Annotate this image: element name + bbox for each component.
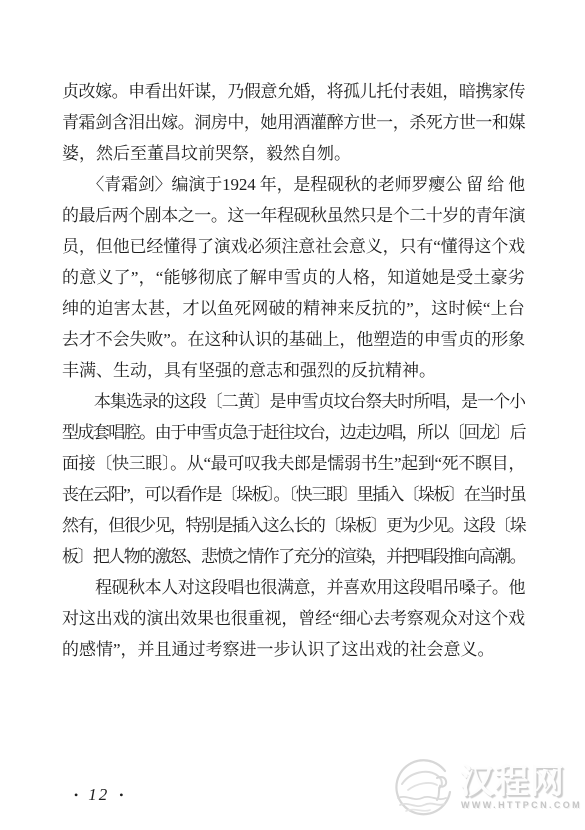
text-line: 的最后两个剧本之一。这一年程砚秋虽然只是个二十岁的青年演 xyxy=(62,200,525,231)
text-line-content: 板〕把人物的激怒、悲愤之情作了充分的渲染，并把唱段推向高潮。 xyxy=(62,547,525,566)
text-line: 丧在云阳”，可以看作是〔垛板〕。〔快三眼〕里插入〔垛板〕在当时虽 xyxy=(62,479,525,510)
text-line: 板〕把人物的激怒、悲愤之情作了充分的渲染，并把唱段推向高潮。 xyxy=(62,541,525,572)
text-line: 员，但他已经懂得了演戏必须注意社会意义，只有“懂得这个戏 xyxy=(62,231,525,262)
text-line: 青霜剑含泪出嫁。洞房中，她用酒灌醉方世一，杀死方世一和媒 xyxy=(62,107,525,138)
text-line: 本集选录的这段〔二黄〕是申雪贞坟台祭夫时所唱，是一个小 xyxy=(62,386,525,417)
footer-right-dot: • xyxy=(119,789,123,801)
text-line: 婆，然后至董昌坟前哭祭，毅然自刎。 xyxy=(62,138,525,169)
book-page: 贞改嫁。申看出奸谋，乃假意允婚，将孤儿托付表姐，暗携家传 青霜剑含泪出嫁。洞房中… xyxy=(0,0,585,830)
text-line-content: 面接〔快三眼〕。从“最可叹我夫郎是懦弱书生”起到“死不瞑目， xyxy=(62,454,525,473)
text-line: 的感情”，并且通过考察进一步认识了这出戏的社会意义。 xyxy=(62,634,525,665)
text-line-content: 本集选录的这段〔二黄〕是申雪贞坟台祭夫时所唱，是一个小 xyxy=(62,392,525,411)
text-line: 然有，但很少见，特别是插入这么长的〔垛板〕更为少见。这段〔垛 xyxy=(62,510,525,541)
text-line-content: 贞改嫁。申看出奸谋，乃假意允婚，将孤儿托付表姐，暗携家传 xyxy=(62,82,525,101)
text-line: 型成套唱腔。由于申雪贞急于赶往坟台，边走边唱，所以〔回龙〕后 xyxy=(62,417,525,448)
watermark: 汉程网 WWW.HTTPCN.COM xyxy=(390,746,575,826)
text-line: 面接〔快三眼〕。从“最可叹我夫郎是懦弱书生”起到“死不瞑目， xyxy=(62,448,525,479)
text-line: 去才不会失败”。在这种认识的基础上，他塑造的申雪贞的形象 xyxy=(62,324,525,355)
text-line-content: 青霜剑含泪出嫁。洞房中，她用酒灌醉方世一，杀死方世一和媒 xyxy=(62,113,525,132)
dragon-circle-logo-icon xyxy=(390,750,456,822)
text-line: 〈青霜剑〉编演于1924 年，是程砚秋的老师罗瘿公 留 给 他 xyxy=(62,169,525,200)
page-number-footer: • 12 • xyxy=(74,786,123,803)
text-line-content: 去才不会失败”。在这种认识的基础上，他塑造的申雪贞的形象 xyxy=(62,330,525,349)
text-line: 绅的迫害太甚，才以鱼死网破的精神来反抗的”，这时候“上台 xyxy=(62,293,525,324)
text-line: 程砚秋本人对这段唱也很满意，并喜欢用这段唱吊嗓子。他 xyxy=(62,572,525,603)
watermark-site-name: 汉程网 xyxy=(460,754,565,803)
text-line-content: 对这出戏的演出效果也很重视，曾经“细心去考察观众对这个戏 xyxy=(62,609,525,628)
text-line-content: 型成套唱腔。由于申雪贞急于赶往坟台，边走边唱，所以〔回龙〕后 xyxy=(62,423,525,442)
footer-left-dot: • xyxy=(74,789,78,801)
text-line-content: 绅的迫害太甚，才以鱼死网破的精神来反抗的”，这时候“上台 xyxy=(62,299,525,318)
text-line-content: 员，但他已经懂得了演戏必须注意社会意义，只有“懂得这个戏 xyxy=(62,237,525,256)
text-line: 对这出戏的演出效果也很重视，曾经“细心去考察观众对这个戏 xyxy=(62,603,525,634)
text-line-content: 丰满、生动，具有坚强的意志和强烈的反抗精神。 xyxy=(62,361,436,380)
watermark-site-url: WWW.HTTPCN.COM xyxy=(461,800,582,810)
text-line-content: 的意义了”，“能够彻底了解申雪贞的人格，知道她是受土豪劣 xyxy=(62,268,525,287)
text-line: 丰满、生动，具有坚强的意志和强烈的反抗精神。 xyxy=(62,355,525,386)
text-line-content: 丧在云阳”，可以看作是〔垛板〕。〔快三眼〕里插入〔垛板〕在当时虽 xyxy=(62,485,525,504)
footer-page-number: 12 xyxy=(88,786,109,803)
body-text: 贞改嫁。申看出奸谋，乃假意允婚，将孤儿托付表姐，暗携家传 青霜剑含泪出嫁。洞房中… xyxy=(62,76,525,665)
text-line-content: 的最后两个剧本之一。这一年程砚秋虽然只是个二十岁的青年演 xyxy=(62,206,525,225)
text-line-content: 婆，然后至董昌坟前哭祭，毅然自刎。 xyxy=(62,144,351,163)
text-line-content: 然有，但很少见，特别是插入这么长的〔垛板〕更为少见。这段〔垛 xyxy=(62,516,525,535)
text-line-content: 的感情”，并且通过考察进一步认识了这出戏的社会意义。 xyxy=(62,640,495,659)
text-line: 贞改嫁。申看出奸谋，乃假意允婚，将孤儿托付表姐，暗携家传 xyxy=(62,76,525,107)
text-line: 的意义了”，“能够彻底了解申雪贞的人格，知道她是受土豪劣 xyxy=(62,262,525,293)
text-line-content: 〈青霜剑〉编演于1924 年，是程砚秋的老师罗瘿公 留 给 他 xyxy=(62,175,525,194)
text-line-content: 程砚秋本人对这段唱也很满意，并喜欢用这段唱吊嗓子。他 xyxy=(62,578,525,597)
